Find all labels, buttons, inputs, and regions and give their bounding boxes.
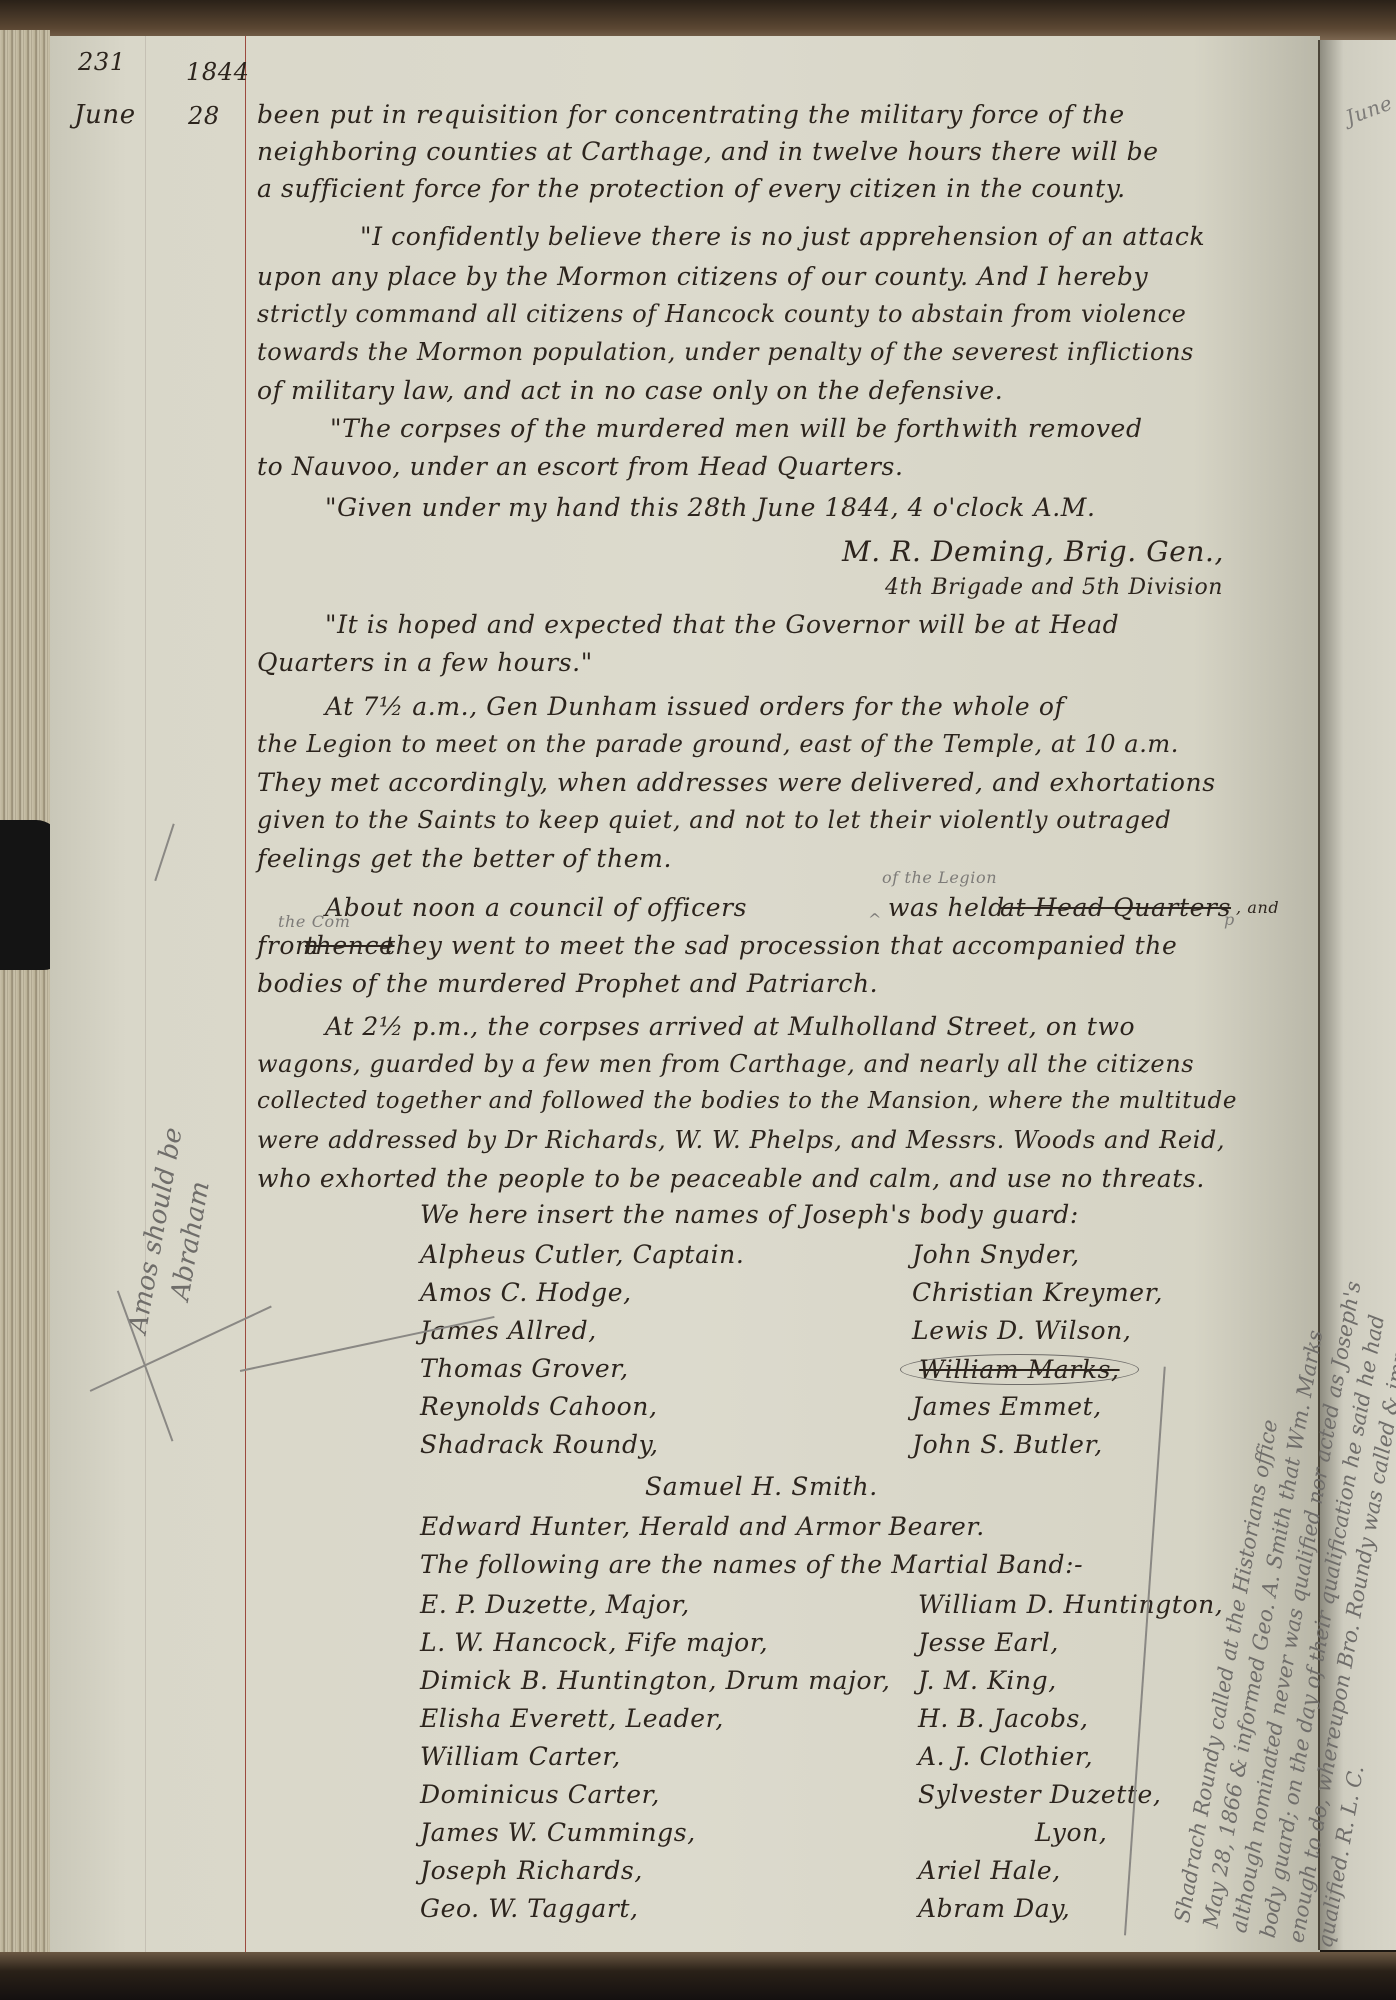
band-member: Joseph Richards, [420, 1856, 643, 1885]
date-month: June [74, 100, 136, 130]
page-number: 231 [78, 48, 126, 76]
body-line: Quarters in a few hours." [257, 648, 593, 677]
guard-name: Thomas Grover, [420, 1354, 629, 1383]
guard-name-struck: William Marks, [900, 1354, 1139, 1385]
band-member: A. J. Clothier, [918, 1742, 1093, 1771]
body-line: They met accordingly, when addresses wer… [257, 768, 1216, 797]
section-heading: We here insert the names of Joseph's bod… [420, 1200, 1079, 1229]
band-member: E. P. Duzette, Major, [420, 1590, 690, 1619]
guard-name: James Allred, [420, 1316, 597, 1345]
body-line: feelings get the better of them. [257, 844, 672, 873]
body-line: At 2½ p.m., the corpses arrived at Mulho… [325, 1012, 1135, 1041]
body-line: , and [1236, 898, 1279, 917]
band-intro: The following are the names of the Marti… [420, 1550, 1083, 1579]
body-line: towards the Mormon population, under pen… [257, 338, 1194, 366]
interlinear-insertion: of the Legion [882, 868, 997, 887]
band-member: Geo. W. Taggart, [420, 1894, 639, 1923]
signature-title: 4th Brigade and 5th Division [885, 575, 1223, 600]
guard-name: Shadrack Roundy, [420, 1430, 659, 1459]
proofread-mark: p [1224, 910, 1235, 929]
struck-text: at Head Quarters [1000, 893, 1231, 922]
body-line: "I confidently believe there is no just … [360, 222, 1205, 251]
band-member: L. W. Hancock, Fife major, [420, 1628, 768, 1657]
band-member: William D. Huntington, [918, 1590, 1223, 1619]
guard-name: John Snyder, [912, 1240, 1080, 1269]
band-member: H. B. Jacobs, [918, 1704, 1089, 1733]
band-member: Sylvester Duzette, [918, 1780, 1161, 1809]
date-column-rule [145, 36, 146, 1956]
body-line: "Given under my hand this 28th June 1844… [325, 493, 1096, 522]
guard-name: Christian Kreymer, [912, 1278, 1163, 1307]
body-line: a sufficient force for the protection of… [257, 174, 1126, 203]
body-line: given to the Saints to keep quiet, and n… [257, 806, 1171, 834]
band-member: Elisha Everett, Leader, [420, 1704, 724, 1733]
body-line: to Nauvoo, under an escort from Head Qua… [257, 452, 904, 481]
signature: M. R. Deming, Brig. Gen., [842, 535, 1224, 568]
body-line: "The corpses of the murdered men will be… [330, 414, 1143, 443]
band-member: James W. Cummings, [420, 1818, 696, 1847]
body-line: strictly command all citizens of Hancock… [257, 300, 1186, 328]
date-day: 28 [188, 102, 220, 130]
body-line: who exhorted the people to be peaceable … [257, 1164, 1205, 1193]
body-line: neighboring counties at Carthage, and in… [257, 137, 1159, 166]
guard-name: James Emmet, [912, 1392, 1102, 1421]
band-member: Lyon, [1035, 1818, 1107, 1847]
guard-name: Reynolds Cahoon, [420, 1392, 658, 1421]
struck-text: thence [305, 931, 394, 960]
body-line: At 7½ a.m., Gen Dunham issued orders for… [325, 692, 1064, 721]
guard-name: Alpheus Cutler, Captain. [420, 1240, 744, 1269]
book-binding-top [0, 0, 1396, 40]
body-line: the Legion to meet on the parade ground,… [257, 730, 1179, 758]
band-member: William Carter, [420, 1742, 621, 1771]
stacked-page-edges [0, 30, 50, 1960]
band-member: Dimick B. Huntington, Drum major, [420, 1666, 890, 1695]
red-margin-rule [245, 36, 246, 1956]
body-line: bodies of the murdered Prophet and Patri… [257, 969, 878, 998]
insertion-caret: ^ [868, 910, 882, 929]
herald-line: Edward Hunter, Herald and Armor Bearer. [420, 1512, 985, 1541]
body-line: they went to meet the sad procession tha… [385, 931, 1177, 960]
book-binding-bottom [0, 1952, 1396, 2000]
body-line: were addressed by Dr Richards, W. W. Phe… [257, 1126, 1225, 1154]
body-line: was held [888, 893, 1005, 922]
body-line: upon any place by the Mormon citizens of… [257, 262, 1148, 291]
band-member: Dominicus Carter, [420, 1780, 660, 1809]
guard-name: Amos C. Hodge, [420, 1278, 632, 1307]
guard-name: Lewis D. Wilson, [912, 1316, 1131, 1345]
interlinear-insertion: the Com [278, 912, 351, 931]
guard-name: John S. Butler, [912, 1430, 1103, 1459]
body-line: of military law, and act in no case only… [257, 376, 1003, 405]
band-member: J. M. King, [918, 1666, 1057, 1695]
band-member: Abram Day, [918, 1894, 1070, 1923]
band-member: Ariel Hale, [918, 1856, 1061, 1885]
body-line: collected together and followed the bodi… [257, 1088, 1237, 1114]
guard-name-center: Samuel H. Smith. [645, 1472, 878, 1501]
body-line: About noon a council of officers [325, 893, 747, 922]
band-member: Jesse Earl, [918, 1628, 1059, 1657]
body-line: wagons, guarded by a few men from Cartha… [257, 1050, 1194, 1078]
body-line: been put in requisition for concentratin… [257, 100, 1125, 129]
year: 1844 [186, 58, 249, 86]
body-line: "It is hoped and expected that the Gover… [325, 610, 1119, 639]
